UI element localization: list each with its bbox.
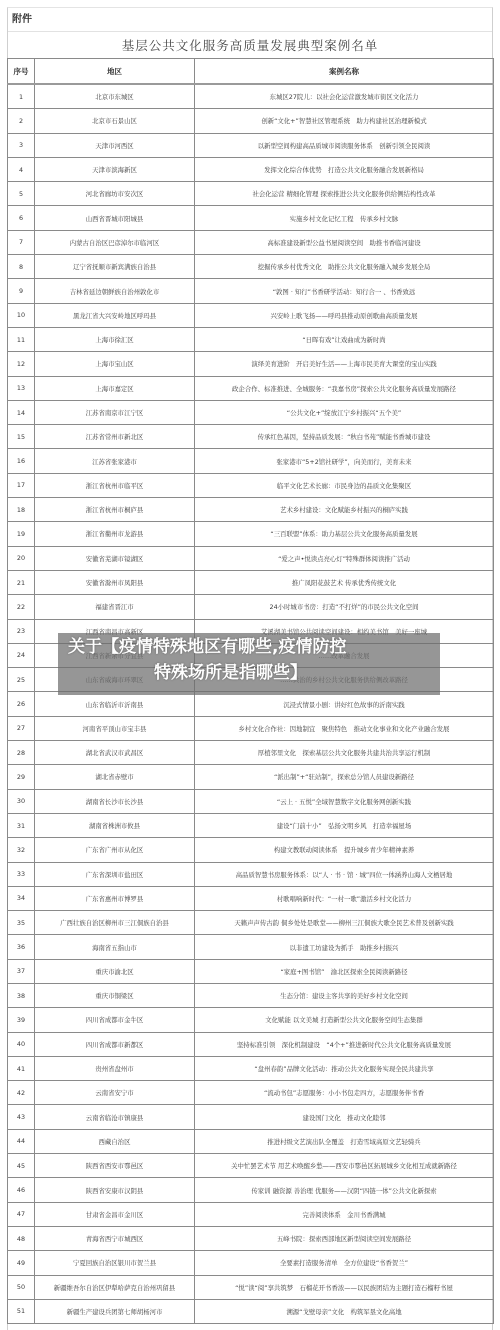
cell-number: 21: [8, 570, 35, 594]
cell-case-name: 传家训 融资源 善治理 优服务——汉阴“四链一体”公共文化新探索: [195, 1178, 494, 1202]
table-row: 5河北省廊坊市安次区社会化运营 精细化管理 探索推进公共文化服务供给侧结构性改革: [8, 182, 494, 206]
cell-number: 26: [8, 692, 35, 716]
cell-region: 广西壮族自治区柳州市三江侗族自治县: [35, 911, 195, 935]
table-row: 20安徽省芜湖市镜湖区“爱之声•悦读点亮心灯”特殊群体阅读推广活动: [8, 546, 494, 570]
cell-number: 11: [8, 327, 35, 351]
table-row: 50新疆维吾尔自治区伊犁哈萨克自治州巩留县“悦”读“阅”享共筑梦 石榴花开书香浓…: [8, 1275, 494, 1299]
cell-region: 宁夏回族自治区银川市贺兰县: [35, 1251, 195, 1275]
cell-case-name: 政企合作、标准推进、全城服务：“我嘉书房”探索公共文化服务高质量发展路径: [195, 376, 494, 400]
cell-number: 31: [8, 813, 35, 837]
cell-number: 49: [8, 1251, 35, 1275]
cell-region: 北京市石景山区: [35, 109, 195, 133]
cell-region: 江苏省南京市江宁区: [35, 400, 195, 424]
cell-number: 44: [8, 1129, 35, 1153]
cell-case-name: 兴安岭上歌飞扬——呼玛县推动原创歌曲高质量发展: [195, 303, 494, 327]
cell-number: 16: [8, 449, 35, 473]
table-row: 18浙江省杭州市桐庐县艺术乡村建设：文化赋能乡村振兴的桐庐实践: [8, 498, 494, 522]
cell-region: 西藏自治区: [35, 1129, 195, 1153]
table-row: 9吉林省延边朝鲜族自治州敦化市“敦图 · 知行”书香研学活动：知行合一 、书香致…: [8, 279, 494, 303]
table-row: 48青海省西宁市城西区五峰书院：探索西部地区新型阅读空间发展路径: [8, 1226, 494, 1250]
cell-number: 45: [8, 1154, 35, 1178]
cell-number: 2: [8, 109, 35, 133]
table-row: 21安徽省滁州市凤阳县推广凤阳花鼓艺术 传承优秀传统文化: [8, 570, 494, 594]
cell-number: 50: [8, 1275, 35, 1299]
cell-case-name: “日晖有戏”让戏曲成为新时尚: [195, 327, 494, 351]
cell-region: 福建省晋江市: [35, 595, 195, 619]
cell-case-name: 发挥文化综合体优势 打造公共文化服务融合发展新格局: [195, 157, 494, 181]
cell-number: 12: [8, 352, 35, 376]
table-row: 19浙江省衢州市龙游县“三百联盟”体系：助力基层公共文化服务高质量发展: [8, 522, 494, 546]
table-row: 17浙江省杭州市临平区临平文化艺术长廊：市民身边的品质文化集聚区: [8, 473, 494, 497]
cell-region: 湖南省长沙市长沙县: [35, 789, 195, 813]
cell-region: 安徽省芜湖市镜湖区: [35, 546, 195, 570]
table-header-row: 序号 地区 案例名称: [8, 59, 494, 85]
table-row: 42云南省安宁市“流动书包”志愿服务：小小书包走四方，志愿服务伴书香: [8, 1081, 494, 1105]
table-row: 7内蒙古自治区巴彦淖尔市临河区高标准建设新型公益书屋阅读空间 助推书香临河建设: [8, 230, 494, 254]
table-row: 4天津市滨海新区发挥文化综合体优势 打造公共文化服务融合发展新格局: [8, 157, 494, 181]
table-row: 31湖南省株洲市攸县建设“门前十小” 弘扬文明乡风 打造幸福屋场: [8, 813, 494, 837]
table-row: 45陕西省西安市鄠邑区关中忙罢艺术节 用艺术唤醒乡愁——西安市鄠邑区拓展城乡文化…: [8, 1154, 494, 1178]
cell-case-name: “爱之声•悦读点亮心灯”特殊群体阅读推广活动: [195, 546, 494, 570]
cell-region: 河北省廊坊市安次区: [35, 182, 195, 206]
document-title: 基层公共文化服务高质量发展典型案例名单: [8, 33, 492, 58]
cell-region: 陕西省安康市汉阴县: [35, 1178, 195, 1202]
cell-case-name: 厚植邻里文化 探索基层公共文化服务共建共治共享运行机制: [195, 741, 494, 765]
cell-region: 新疆维吾尔自治区伊犁哈萨克自治州巩留县: [35, 1275, 195, 1299]
cell-number: 22: [8, 595, 35, 619]
cell-region: 青海省西宁市城西区: [35, 1226, 195, 1250]
table-row: 11上海市徐汇区“日晖有戏”让戏曲成为新时尚: [8, 327, 494, 351]
cell-case-name: 全要素打造服务清单 全方位建设“书香贺兰”: [195, 1251, 494, 1275]
cell-number: 15: [8, 425, 35, 449]
cell-case-name: 社会化运营 精细化管理 探索推进公共文化服务供给侧结构性改革: [195, 182, 494, 206]
cell-number: 27: [8, 716, 35, 740]
cell-region: 天津市滨海新区: [35, 157, 195, 181]
cell-number: 14: [8, 400, 35, 424]
cell-region: 吉林省延边朝鲜族自治州敦化市: [35, 279, 195, 303]
cell-number: 34: [8, 886, 35, 910]
cell-number: 35: [8, 911, 35, 935]
cell-number: 39: [8, 1008, 35, 1032]
cell-number: 17: [8, 473, 35, 497]
cell-case-name: 演绎美育进阶 开启美好生活——上海市民美育大课堂的宝山实践: [195, 352, 494, 376]
cell-number: 40: [8, 1032, 35, 1056]
cell-case-name: 以非遗工坊建设为抓手 助推乡村振兴: [195, 935, 494, 959]
cell-case-name: “敦图 · 知行”书香研学活动：知行合一 、书香致远: [195, 279, 494, 303]
table-row: 3天津市河西区以新型空间构建高品质城市阅读服务体系 创新引领全民阅读: [8, 133, 494, 157]
cell-case-name: 推进村级文艺演出队全覆盖 打造雪域高原文艺轻骑兵: [195, 1129, 494, 1153]
cell-case-name: “盘州春韵”品牌文化活动：推动公共文化服务实现全民共建共享: [195, 1056, 494, 1080]
table-row: 10黑龙江省大兴安岭地区呼玛县兴安岭上歌飞扬——呼玛县推动原创歌曲高质量发展: [8, 303, 494, 327]
cell-case-name: 关中忙罢艺术节 用艺术唤醒乡愁——西安市鄠邑区拓展城乡文化相互成就新路径: [195, 1154, 494, 1178]
cell-region: 黑龙江省大兴安岭地区呼玛县: [35, 303, 195, 327]
table-row: 39四川省成都市金牛区文化赋能 以文美城 打造新型公共文化服务空间生态集群: [8, 1008, 494, 1032]
cell-region: 河南省平顶山市宝丰县: [35, 716, 195, 740]
cell-region: 湖北省武汉市武昌区: [35, 741, 195, 765]
headline-banner-text[interactable]: 关于【疫情特殊地区有哪些,疫情防控 特殊场所是指哪些】: [68, 634, 428, 686]
cell-region: 四川省成都市新都区: [35, 1032, 195, 1056]
cell-case-name: “公共文化+”绽放江宁乡村振兴“五个美”: [195, 400, 494, 424]
table-row: 8辽宁省抚顺市新宾满族自治县挖掘传承乡村优秀文化 助推公共文化服务融入城乡发展全…: [8, 255, 494, 279]
cell-region: 湖南省株洲市攸县: [35, 813, 195, 837]
cell-number: 6: [8, 206, 35, 230]
table-row: 38重庆市铜梁区生态分馆：建设主客共享的美好乡村文化空间: [8, 983, 494, 1007]
cell-region: 浙江省杭州市桐庐县: [35, 498, 195, 522]
cell-number: 7: [8, 230, 35, 254]
cell-case-name: 东城区27院儿：以社会化运营激发城市街区文化活力: [195, 84, 494, 109]
column-header-case-name: 案例名称: [195, 59, 494, 85]
cell-region: 甘肃省金昌市金川区: [35, 1202, 195, 1226]
cell-case-name: 挖掘传承乡村优秀文化 助推公共文化服务融入城乡发展全局: [195, 255, 494, 279]
cell-case-name: 临平文化艺术长廊：市民身边的品质文化集聚区: [195, 473, 494, 497]
table-row: 40四川省成都市新都区坚持标准引领 深化机制建设 “4个+”推进新时代公共文化服…: [8, 1032, 494, 1056]
cell-region: 浙江省衢州市龙游县: [35, 522, 195, 546]
cell-case-name: “家庭+图书馆” 渝北区探索全民阅读新路径: [195, 959, 494, 983]
cell-region: 湖北省赤壁市: [35, 765, 195, 789]
cell-number: 18: [8, 498, 35, 522]
cell-case-name: 坚持标准引领 深化机制建设 “4个+”推进新时代公共文化服务高质量发展: [195, 1032, 494, 1056]
table-row: 1北京市东城区东城区27院儿：以社会化运营激发城市街区文化活力: [8, 84, 494, 109]
table-row: 16江苏省张家港市张家港市“5+2馆社研学”，向美而行，美育未来: [8, 449, 494, 473]
cell-region: 广东省深圳市盐田区: [35, 862, 195, 886]
cell-case-name: 沉浸式情景小剧：讲好红色故事的沂南实践: [195, 692, 494, 716]
cell-number: 25: [8, 668, 35, 692]
cell-case-name: 文化赋能 以文美城 打造新型公共文化服务空间生态集群: [195, 1008, 494, 1032]
table-row: 37重庆市渝北区“家庭+图书馆” 渝北区探索全民阅读新路径: [8, 959, 494, 983]
table-body: 1北京市东城区东城区27院儿：以社会化运营激发城市街区文化活力2北京市石景山区创…: [8, 84, 494, 1324]
table-row: 26山东省临沂市沂南县沉浸式情景小剧：讲好红色故事的沂南实践: [8, 692, 494, 716]
table-row: 44西藏自治区推进村级文艺演出队全覆盖 打造雪域高原文艺轻骑兵: [8, 1129, 494, 1153]
table-row: 36海南省五指山市以非遗工坊建设为抓手 助推乡村振兴: [8, 935, 494, 959]
cell-number: 43: [8, 1105, 35, 1129]
cell-region: 云南省临沧市镇康县: [35, 1105, 195, 1129]
cell-number: 8: [8, 255, 35, 279]
cell-number: 30: [8, 789, 35, 813]
table-row: 6山西省晋城市阳城县实施乡村文化记忆工程 传承乡村文脉: [8, 206, 494, 230]
headline-line-2: 特殊场所是指哪些】: [68, 660, 428, 686]
cell-number: 38: [8, 983, 35, 1007]
cell-number: 28: [8, 741, 35, 765]
table-row: 15江苏省常州市新北区传承红色基因，坚持品质发展：“秋白书苑”赋能书香城市建设: [8, 425, 494, 449]
cell-case-name: 构建文教联动阅读体系 提升城乡青少年精神素养: [195, 838, 494, 862]
cell-number: 36: [8, 935, 35, 959]
cell-case-name: 五峰书院：探索西部地区新型阅读空间发展路径: [195, 1226, 494, 1250]
cell-number: 29: [8, 765, 35, 789]
cell-region: 云南省安宁市: [35, 1081, 195, 1105]
table-row: 51新疆生产建设兵团第七师胡杨河市溯源“戈壁母亲”文化 构筑军垦文化高地: [8, 1299, 494, 1323]
cell-case-name: “云上 · 五悦”全域智慧数字文化服务网创新实践: [195, 789, 494, 813]
cell-case-name: “三百联盟”体系：助力基层公共文化服务高质量发展: [195, 522, 494, 546]
cell-case-name: 生态分馆：建设主客共享的美好乡村文化空间: [195, 983, 494, 1007]
cell-region: 天津市河西区: [35, 133, 195, 157]
cell-case-name: 建设国门文化 推动文化睦邻: [195, 1105, 494, 1129]
cell-number: 4: [8, 157, 35, 181]
cell-case-name: 乡村文化合作社：因地制宜 聚焦特色 推动文化事业和文化产业融合发展: [195, 716, 494, 740]
cell-case-name: 溯源“戈壁母亲”文化 构筑军垦文化高地: [195, 1299, 494, 1323]
table-row: 14江苏省南京市江宁区“公共文化+”绽放江宁乡村振兴“五个美”: [8, 400, 494, 424]
cell-number: 33: [8, 862, 35, 886]
cell-region: 山西省晋城市阳城县: [35, 206, 195, 230]
cell-case-name: “派出制”+“驻站制”，探索总分馆人员建设新路径: [195, 765, 494, 789]
cell-case-name: 天籁声声传古韵 侗乡处处是歌堂——柳州三江侗族大歌全民艺术普及创新实践: [195, 911, 494, 935]
cell-case-name: 24小时城市书房：打造“不打烊”的市民公共文化空间: [195, 595, 494, 619]
cell-number: 24: [8, 643, 35, 667]
cell-case-name: “悦”读“阅”享共筑梦 石榴花开书香浓——以民族团结为主题打造石榴籽书屋: [195, 1275, 494, 1299]
table-row: 29湖北省赤壁市“派出制”+“驻站制”，探索总分馆人员建设新路径: [8, 765, 494, 789]
table-row: 46陕西省安康市汉阴县传家训 融资源 善治理 优服务——汉阴“四链一体”公共文化…: [8, 1178, 494, 1202]
table-row: 49宁夏回族自治区银川市贺兰县全要素打造服务清单 全方位建设“书香贺兰”: [8, 1251, 494, 1275]
cell-region: 辽宁省抚顺市新宾满族自治县: [35, 255, 195, 279]
table-row: 30湖南省长沙市长沙县“云上 · 五悦”全域智慧数字文化服务网创新实践: [8, 789, 494, 813]
cell-number: 41: [8, 1056, 35, 1080]
cell-case-name: 建设“门前十小” 弘扬文明乡风 打造幸福屋场: [195, 813, 494, 837]
table-row: 12上海市宝山区演绎美育进阶 开启美好生活——上海市民美育大课堂的宝山实践: [8, 352, 494, 376]
table-row: 41贵州省盘州市“盘州春韵”品牌文化活动：推动公共文化服务实现全民共建共享: [8, 1056, 494, 1080]
cell-case-name: 张家港市“5+2馆社研学”，向美而行，美育未来: [195, 449, 494, 473]
table-row: 13上海市嘉定区政企合作、标准推进、全城服务：“我嘉书房”探索公共文化服务高质量…: [8, 376, 494, 400]
cell-case-name: 推广凤阳花鼓艺术 传承优秀传统文化: [195, 570, 494, 594]
cell-region: 江苏省常州市新北区: [35, 425, 195, 449]
cell-number: 32: [8, 838, 35, 862]
cell-region: 上海市徐汇区: [35, 327, 195, 351]
headline-line-1: 关于【疫情特殊地区有哪些,疫情防控: [68, 634, 428, 660]
cell-number: 47: [8, 1202, 35, 1226]
cell-case-name: 村歌唱响新时代：“一村一歌”激活乡村文化活力: [195, 886, 494, 910]
table-row: 35广西壮族自治区柳州市三江侗族自治县天籁声声传古韵 侗乡处处是歌堂——柳州三江…: [8, 911, 494, 935]
cell-number: 9: [8, 279, 35, 303]
cell-number: 48: [8, 1226, 35, 1250]
table-row: 33广东省深圳市盐田区高品质智慧书房服务体系：以“人 · 书 · 馆 · 城”四…: [8, 862, 494, 886]
cell-region: 广东省惠州市博罗县: [35, 886, 195, 910]
table-row: 28湖北省武汉市武昌区厚植邻里文化 探索基层公共文化服务共建共治共享运行机制: [8, 741, 494, 765]
column-header-region: 地区: [35, 59, 195, 85]
cell-number: 23: [8, 619, 35, 643]
cell-region: 山东省临沂市沂南县: [35, 692, 195, 716]
cell-region: 四川省成都市金牛区: [35, 1008, 195, 1032]
cell-region: 江苏省张家港市: [35, 449, 195, 473]
cell-number: 13: [8, 376, 35, 400]
cell-region: 广东省广州市从化区: [35, 838, 195, 862]
cell-region: 北京市东城区: [35, 84, 195, 109]
cell-case-name: 以新型空间构建高品质城市阅读服务体系 创新引领全民阅读: [195, 133, 494, 157]
cell-case-name: 完善阅读体系 金川书香满城: [195, 1202, 494, 1226]
table-row: 32广东省广州市从化区构建文教联动阅读体系 提升城乡青少年精神素养: [8, 838, 494, 862]
cell-region: 上海市嘉定区: [35, 376, 195, 400]
cell-region: 海南省五指山市: [35, 935, 195, 959]
cell-region: 陕西省西安市鄠邑区: [35, 1154, 195, 1178]
cell-number: 3: [8, 133, 35, 157]
cell-region: 浙江省杭州市临平区: [35, 473, 195, 497]
cell-number: 5: [8, 182, 35, 206]
cell-case-name: 高标准建设新型公益书屋阅读空间 助推书香临河建设: [195, 230, 494, 254]
cell-case-name: 实施乡村文化记忆工程 传承乡村文脉: [195, 206, 494, 230]
attachment-label: 附件: [8, 8, 492, 32]
cell-case-name: 创新“文化+”智慧社区管理系统 助力构建社区治理新模式: [195, 109, 494, 133]
cell-number: 1: [8, 84, 35, 109]
table-row: 34广东省惠州市博罗县村歌唱响新时代：“一村一歌”激活乡村文化活力: [8, 886, 494, 910]
cell-number: 51: [8, 1299, 35, 1323]
table-row: 2北京市石景山区创新“文化+”智慧社区管理系统 助力构建社区治理新模式: [8, 109, 494, 133]
cell-case-name: 艺术乡村建设：文化赋能乡村振兴的桐庐实践: [195, 498, 494, 522]
cell-number: 10: [8, 303, 35, 327]
cell-region: 贵州省盘州市: [35, 1056, 195, 1080]
cell-number: 42: [8, 1081, 35, 1105]
table-row: 22福建省晋江市24小时城市书房：打造“不打烊”的市民公共文化空间: [8, 595, 494, 619]
cell-case-name: 高品质智慧书房服务体系：以“人 · 书 · 馆 · 城”四位一体涵养山海人文栖居…: [195, 862, 494, 886]
cell-region: 重庆市铜梁区: [35, 983, 195, 1007]
cell-region: 重庆市渝北区: [35, 959, 195, 983]
cell-number: 46: [8, 1178, 35, 1202]
cell-number: 19: [8, 522, 35, 546]
cell-case-name: “流动书包”志愿服务：小小书包走四方，志愿服务伴书香: [195, 1081, 494, 1105]
cell-number: 37: [8, 959, 35, 983]
column-header-number: 序号: [8, 59, 35, 85]
cell-region: 内蒙古自治区巴彦淖尔市临河区: [35, 230, 195, 254]
table-row: 27河南省平顶山市宝丰县乡村文化合作社：因地制宜 聚焦特色 推动文化事业和文化产…: [8, 716, 494, 740]
table-row: 47甘肃省金昌市金川区完善阅读体系 金川书香满城: [8, 1202, 494, 1226]
cell-region: 安徽省滁州市凤阳县: [35, 570, 195, 594]
cell-case-name: 传承红色基因，坚持品质发展：“秋白书苑”赋能书香城市建设: [195, 425, 494, 449]
table-row: 43云南省临沧市镇康县建设国门文化 推动文化睦邻: [8, 1105, 494, 1129]
cell-region: 新疆生产建设兵团第七师胡杨河市: [35, 1299, 195, 1323]
cell-region: 上海市宝山区: [35, 352, 195, 376]
cell-number: 20: [8, 546, 35, 570]
